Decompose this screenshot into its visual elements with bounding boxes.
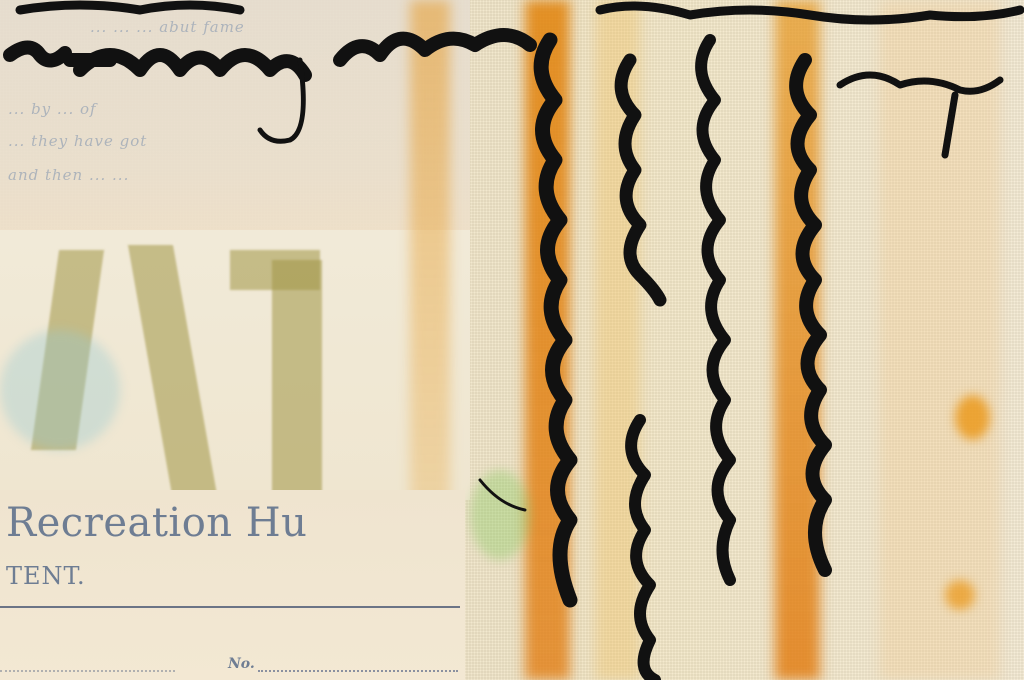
black-calligraphy: [0, 0, 1024, 680]
artwork-canvas: ... ... ... abut fame ... by ... of ... …: [0, 0, 1024, 680]
